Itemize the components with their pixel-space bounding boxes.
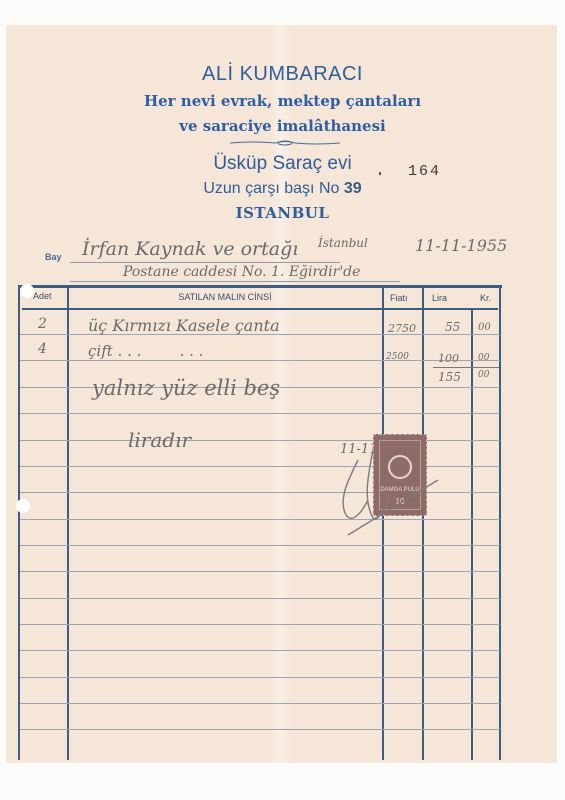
table-border-right (499, 285, 501, 760)
row-2-qty: 4 (38, 341, 47, 357)
address-street: Uzun çarşı başı No (203, 180, 339, 197)
header-kurus: Kr. (480, 293, 491, 303)
column-divider-qty (67, 288, 69, 760)
row-2-kurus: 00 (478, 353, 489, 363)
row-line (20, 677, 500, 678)
letterhead-address: Uzun çarşı başı No 39 (0, 180, 565, 198)
row-line (20, 413, 500, 414)
punch-hole-top (20, 284, 34, 298)
table-border-left (18, 285, 20, 760)
letterhead-owner: ALİ KUMBARACI (0, 63, 565, 86)
column-divider-kurus (471, 308, 473, 760)
total-kurus: 00 (478, 370, 489, 380)
row-1-unit-price: 2750 (388, 322, 416, 335)
row-2-lira: 100 (438, 352, 459, 365)
row-line (20, 624, 500, 625)
row-line (20, 545, 500, 546)
row-line (20, 650, 500, 651)
invoice-date: 11-11-1955 (415, 236, 507, 255)
total-lira: 155 (438, 370, 461, 384)
invoice-place: İstanbul (318, 236, 368, 250)
row-2-description: çift . . . . . . (88, 342, 203, 360)
header-unit-price: Fiatı (390, 293, 408, 303)
address-number: 39 (344, 180, 362, 197)
signature-icon (328, 440, 448, 540)
customer-line-1 (70, 262, 340, 263)
row-line (20, 571, 500, 572)
amount-in-words-line-1: yalnız yüz elli beş (92, 376, 280, 400)
row-line (20, 598, 500, 599)
customer-name: İrfan Kaynak ve ortağı (82, 238, 298, 260)
header-underline (22, 308, 498, 310)
row-2-unit-price: 2500 (386, 352, 409, 362)
row-1-description: üç Kırmızı Kasele çanta (88, 316, 280, 335)
row-1-qty: 2 (38, 316, 47, 332)
flourish-ornament-icon (230, 140, 340, 146)
invoice-number: 164 (408, 163, 441, 180)
customer-label: Bay (45, 252, 62, 262)
letterhead-city: ISTANBUL (0, 204, 565, 222)
row-line (20, 360, 500, 361)
customer-line-2 (70, 281, 400, 282)
decorative-dot (379, 172, 381, 175)
row-1-lira: 55 (445, 320, 460, 334)
letterhead-tagline-2: ve saraciye imalâthanesi (0, 117, 565, 135)
customer-address: Postane caddesi No. 1. Eğirdir'de (123, 264, 360, 280)
row-1-kurus: 00 (478, 322, 491, 333)
letterhead-tagline-1: Her nevi evrak, mektep çantaları (0, 92, 565, 110)
amount-in-words-line-2: liradır (128, 428, 191, 452)
header-description: SATILAN MALIN CİNSİ (68, 292, 382, 302)
row-line (20, 729, 500, 730)
header-qty: Adet (33, 291, 52, 301)
punch-hole-bottom (16, 499, 30, 513)
row-line (20, 703, 500, 704)
total-rule (433, 367, 499, 368)
header-lira: Lira (432, 293, 447, 303)
letterhead-shop-name: Üsküp Saraç evi (0, 153, 565, 175)
